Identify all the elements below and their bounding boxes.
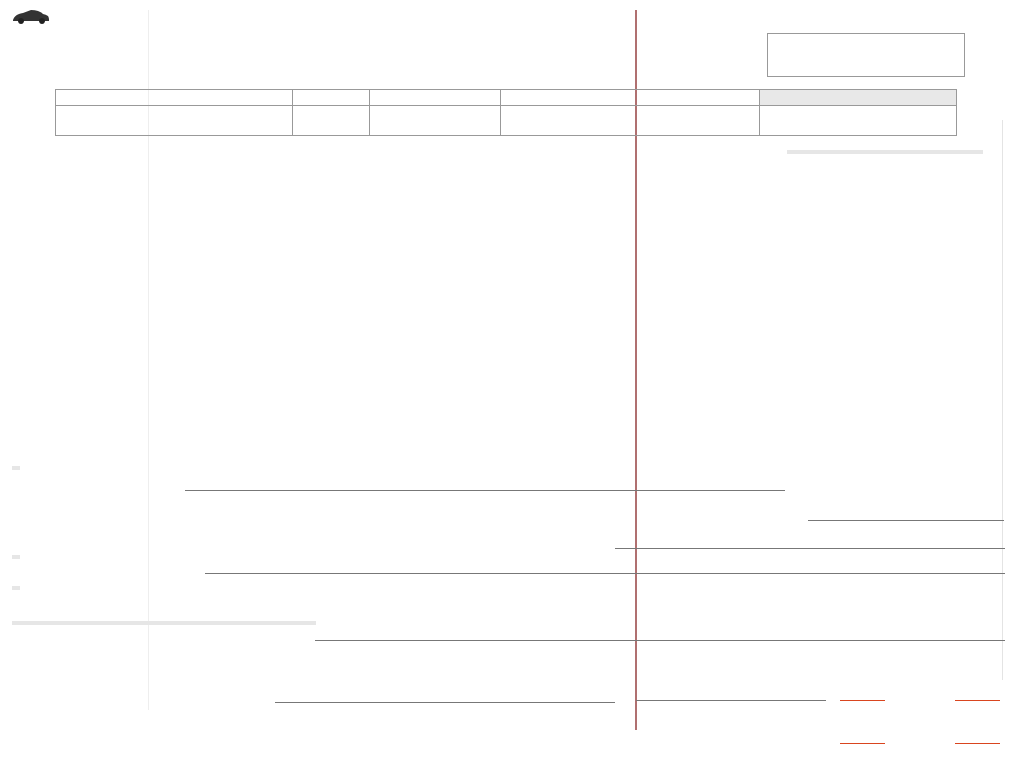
akpp-remarks-label (12, 586, 20, 590)
volume-value[interactable] (370, 106, 501, 136)
tedauto-logo (6, 8, 56, 40)
underline (275, 702, 615, 703)
vehicle-info-table (55, 89, 957, 136)
underline (185, 490, 785, 491)
signature-field[interactable] (636, 700, 826, 701)
partsbery-logo (835, 690, 1010, 750)
mkpp-remarks-field[interactable] (205, 573, 1005, 574)
underline (808, 520, 1004, 521)
col-header-engine-no (501, 90, 760, 106)
odometer-value[interactable] (760, 106, 957, 136)
col-header-year (293, 90, 370, 106)
col-header-volume (370, 90, 501, 106)
removed-field[interactable] (315, 640, 1005, 641)
underline (615, 548, 1005, 549)
fold-line (1002, 120, 1003, 680)
model-value[interactable] (56, 106, 293, 136)
year-value[interactable] (293, 106, 370, 136)
col-header-model (56, 90, 293, 106)
completeness-title (787, 150, 983, 154)
engine-remarks-label (12, 466, 20, 470)
col-header-odometer (760, 90, 957, 106)
removed-label (12, 621, 316, 625)
car-icon (11, 8, 51, 24)
engine-no-value[interactable] (501, 106, 760, 136)
mkpp-remarks-label (12, 555, 20, 559)
auto-number-box (767, 33, 965, 77)
